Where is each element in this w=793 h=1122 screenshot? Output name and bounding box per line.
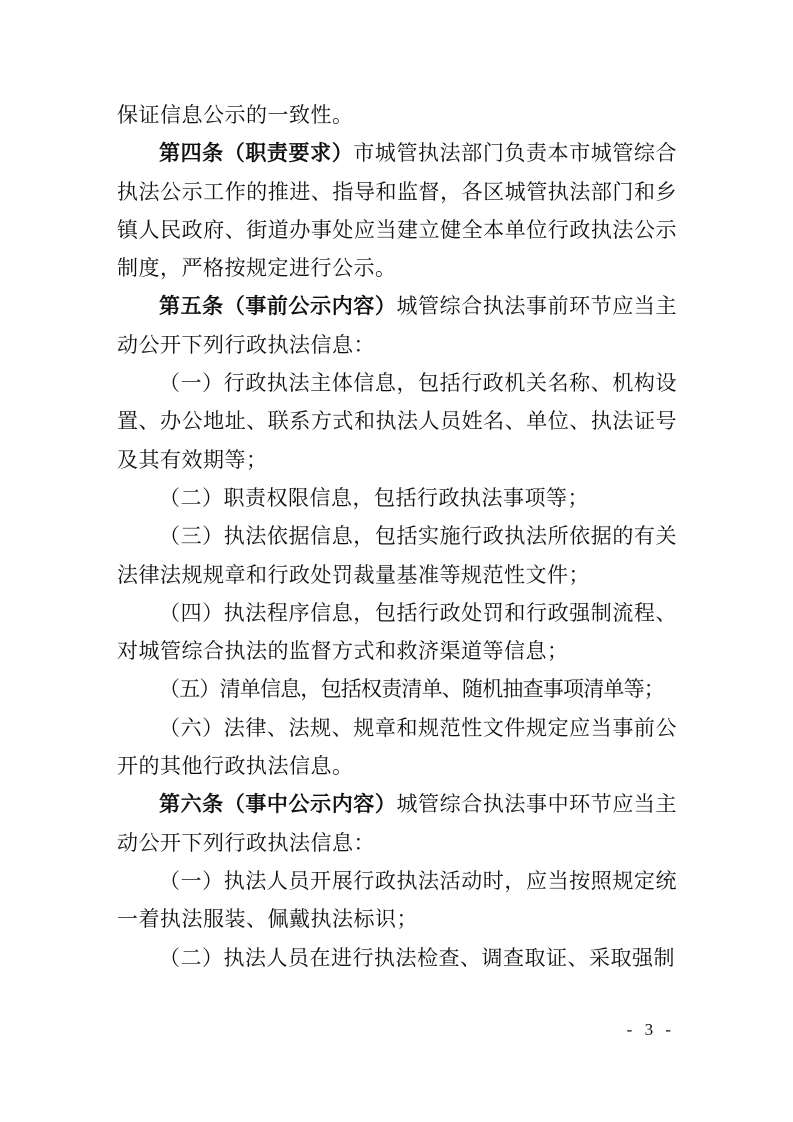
article-4-title: 第四条（职责要求） [159, 141, 353, 165]
paragraph-text: （一）行政执法主体信息，包括行政机关名称、机构设置、办公地址、联系方式和执法人员… [117, 371, 677, 472]
article-6-item-1: （一）执法人员开展行政执法活动时，应当按照规定统一着执法服装、佩戴执法标识； [117, 862, 677, 939]
article-6-paragraph: 第六条（事中公示内容）城管综合执法事中环节应当主动公开下列行政执法信息： [117, 785, 677, 862]
document-body: 保证信息公示的一致性。 第四条（职责要求）市城管执法部门负责本市城管综合执法公示… [117, 96, 677, 977]
article-5-item-1: （一）行政执法主体信息，包括行政机关名称、机构设置、办公地址、联系方式和执法人员… [117, 364, 677, 479]
article-5-item-3: （三）执法依据信息，包括实施行政执法所依据的有关法律法规规章和行政处罚裁量基准等… [117, 517, 677, 594]
article-5-item-4: （四）执法程序信息，包括行政处罚和行政强制流程、对城管综合执法的监督方式和救济渠… [117, 594, 677, 671]
article-5-item-2: （二）职责权限信息，包括行政执法事项等； [117, 479, 677, 517]
document-page: 保证信息公示的一致性。 第四条（职责要求）市城管执法部门负责本市城管综合执法公示… [0, 0, 793, 1122]
article-6-item-2: （二）执法人员在进行执法检查、调查取证、采取强制 [117, 939, 677, 977]
continued-paragraph: 保证信息公示的一致性。 [117, 96, 677, 134]
paragraph-text: （四）执法程序信息，包括行政处罚和行政强制流程、对城管综合执法的监督方式和救济渠… [117, 601, 677, 663]
paragraph-text: 保证信息公示的一致性。 [117, 103, 354, 127]
article-4-paragraph: 第四条（职责要求）市城管执法部门负责本市城管综合执法公示工作的推进、指导和监督，… [117, 134, 677, 287]
paragraph-text: （一）执法人员开展行政执法活动时，应当按照规定统一着执法服装、佩戴执法标识； [117, 869, 677, 931]
paragraph-text: （五）清单信息，包括权责清单、随机抽查事项清单等； [159, 677, 664, 701]
paragraph-text: （二）职责权限信息，包括行政执法事项等； [159, 486, 589, 510]
article-5-item-6: （六）法律、法规、规章和规范性文件规定应当事前公开的其他行政执法信息。 [117, 709, 677, 786]
paragraph-text: （二）执法人员在进行执法检查、调查取证、采取强制 [159, 946, 675, 970]
article-6-title: 第六条（事中公示内容） [159, 792, 396, 816]
paragraph-text: （三）执法依据信息，包括实施行政执法所依据的有关法律法规规章和行政处罚裁量基准等… [117, 524, 677, 586]
article-5-item-5: （五）清单信息，包括权责清单、随机抽查事项清单等； [117, 670, 677, 708]
paragraph-text: （六）法律、法规、规章和规范性文件规定应当事前公开的其他行政执法信息。 [117, 716, 677, 778]
article-5-paragraph: 第五条（事前公示内容）城管综合执法事前环节应当主动公开下列行政执法信息： [117, 287, 677, 364]
article-5-title: 第五条（事前公示内容） [159, 294, 396, 318]
page-number: - 3 - [627, 1020, 675, 1040]
